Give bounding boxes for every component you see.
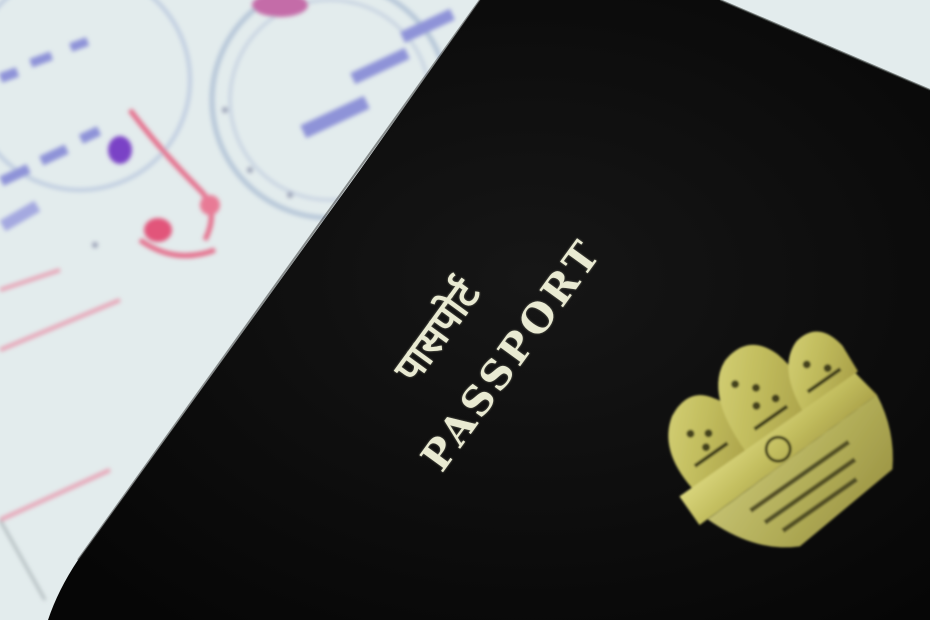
- passport-photo: पासपोर्ट PASSPORT: [0, 0, 930, 620]
